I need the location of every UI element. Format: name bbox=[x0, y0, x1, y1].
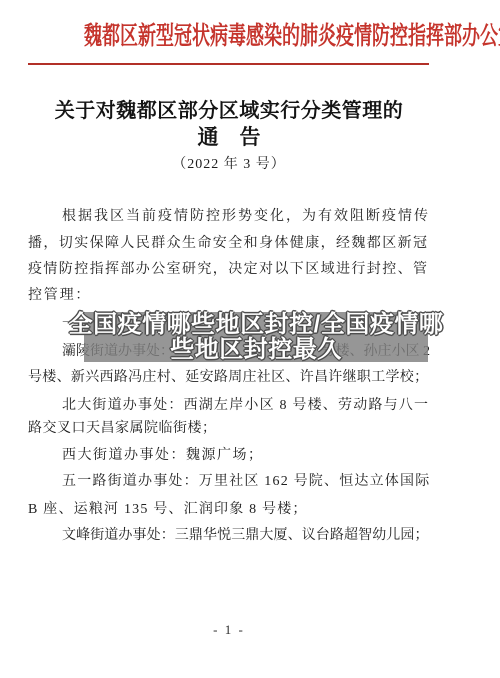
body-line-1: 根据我区当前疫情防控形势变化，为有效阻断疫情传 bbox=[62, 207, 430, 226]
body-line-11: 五一路街道办事处：万里社区 162 号院、恒达立体国际 bbox=[62, 472, 430, 491]
page-number: - 1 - bbox=[28, 622, 430, 638]
notice-title-line2: 通 告 bbox=[28, 121, 430, 151]
document-page: 魏都区新型冠状病毒感染的肺炎疫情防控指挥部办公室 关于对魏都区部分区域实行分类管… bbox=[0, 0, 500, 678]
body-line-9: 路交叉口天昌家属院临街楼； bbox=[28, 419, 430, 438]
body-line-3: 疫情防控指挥部办公室研究，决定对以下区域进行封控、管 bbox=[28, 260, 430, 279]
body-line-13: 文峰街道办事处：三鼎华悦三鼎大厦、议台路超智幼儿园； bbox=[62, 526, 430, 545]
letterhead-office-name: 魏都区新型冠状病毒感染的肺炎疫情防控指挥部办公室 bbox=[84, 16, 500, 52]
overlay-text-line2: 些地区封控最久 bbox=[170, 337, 342, 362]
letterhead: 魏都区新型冠状病毒感染的肺炎疫情防控指挥部办公室 bbox=[0, 16, 500, 52]
body-line-2: 播，切实保障人民群众生命安全和身体健康，经魏都区新冠 bbox=[28, 234, 430, 253]
caption-watermark-overlay: 全国疫情哪些地区封控/全国疫情哪 些地区封控最久 bbox=[84, 312, 428, 362]
letterhead-divider bbox=[28, 63, 429, 65]
notice-title-line1: 关于对魏都区部分区域实行分类管理的 bbox=[28, 94, 430, 123]
body-line-10: 西大街道办事处：魏源广场； bbox=[62, 446, 430, 465]
body-line-4: 控管理： bbox=[28, 286, 430, 305]
body-line-7: 号楼、新兴西路冯庄村、延安路周庄社区、许昌许继职工学校； bbox=[28, 368, 430, 387]
notice-doc-number: （2022 年 3 号） bbox=[28, 153, 430, 173]
body-line-12: B 座、运粮河 135 号、汇润印象 8 号楼； bbox=[28, 500, 430, 519]
body-line-8: 北大街道办事处：西湖左岸小区 8 号楼、劳动路与八一 bbox=[62, 396, 430, 415]
overlay-text-line1: 全国疫情哪些地区封控/全国疫情哪 bbox=[69, 312, 444, 337]
